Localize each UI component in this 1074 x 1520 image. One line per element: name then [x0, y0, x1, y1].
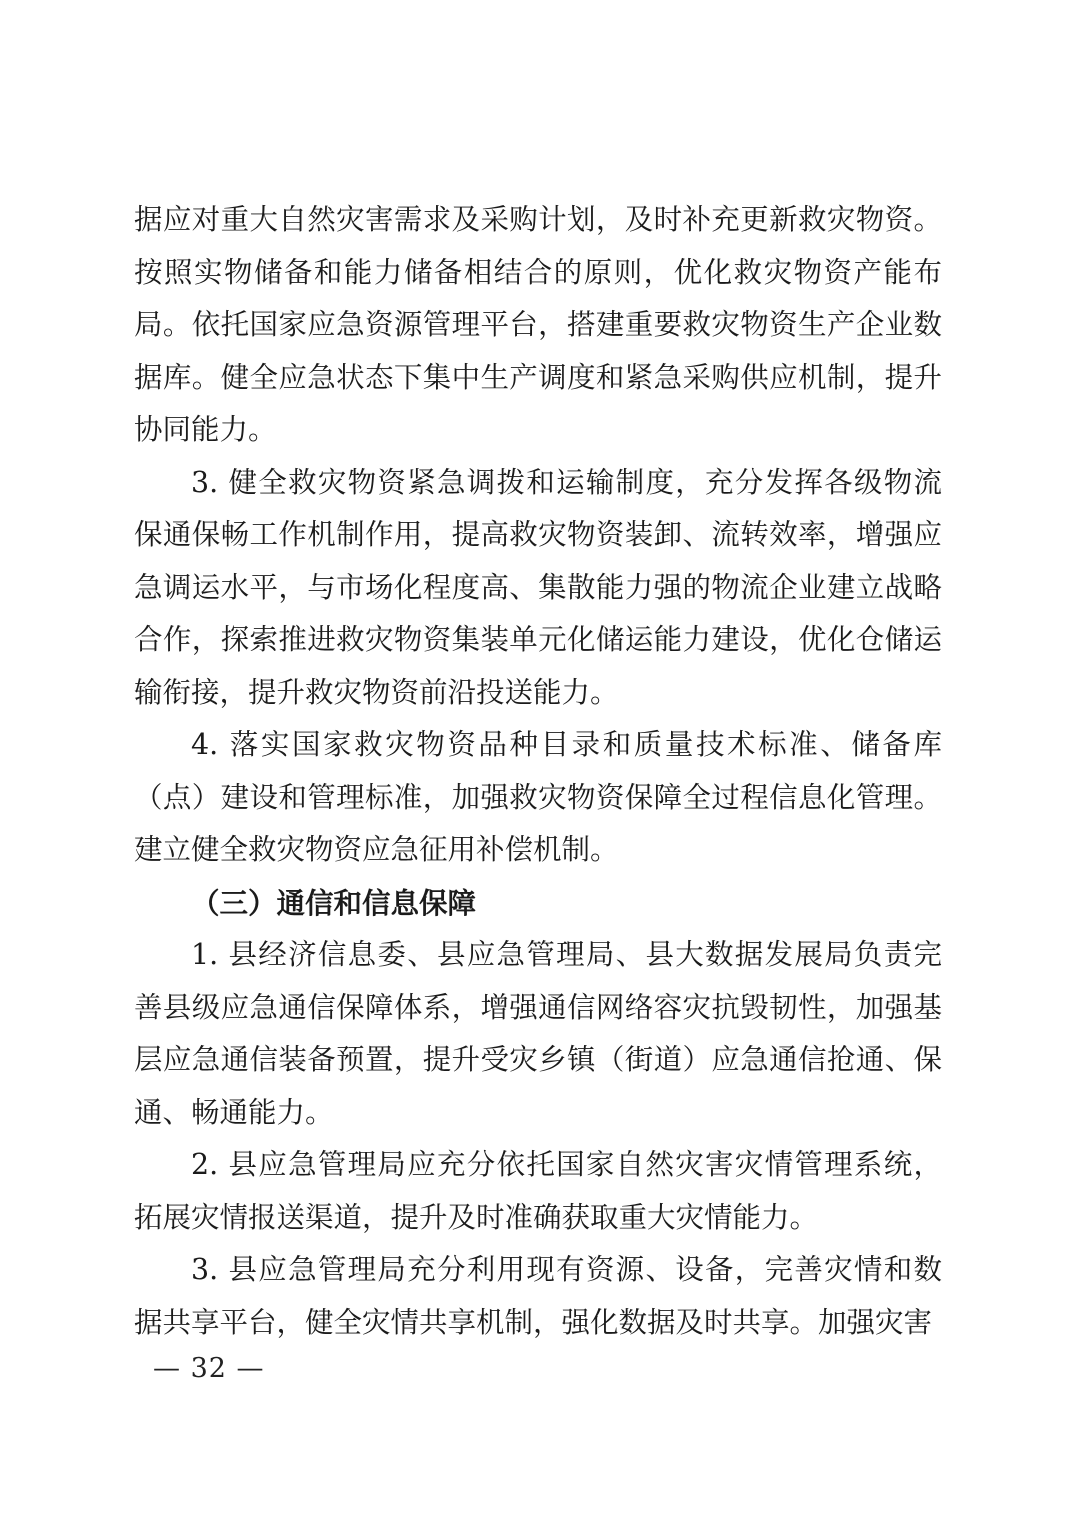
para-continued-from-previous-page: 据应对重大自然灾害需求及采购计划，及时补充更新救灾物资。按照实物储备和能力储备相…	[134, 194, 942, 457]
text-line: 拓展灾情报送渠道，提升及时准确获取重大灾情能力。	[134, 1192, 942, 1245]
para-item-3-materials: 3. 健全救灾物资紧急调拨和运输制度，充分发挥各级物流保通保畅工作机制作用，提高…	[134, 457, 942, 720]
text-line: 据库。健全应急状态下集中生产调度和紧急采购供应机制，提升	[134, 352, 942, 405]
text-line: 局。依托国家应急资源管理平台，搭建重要救灾物资生产企业数	[134, 299, 942, 352]
page-number: — 32 —	[153, 1352, 265, 1386]
text-line: 保通保畅工作机制作用，提高救灾物资装卸、流转效率，增强应	[134, 509, 942, 562]
text-line: （点）建设和管理标准，加强救灾物资保障全过程信息化管理。	[134, 772, 942, 825]
text-line: 协同能力。	[134, 404, 942, 457]
text-line: 善县级应急通信保障体系，增强通信网络容灾抗毁韧性，加强基	[134, 982, 942, 1035]
text-line: 通、畅通能力。	[134, 1087, 942, 1140]
text-line: 合作，探索推进救灾物资集装单元化储运能力建设，优化仓储运	[134, 614, 942, 667]
text-line: 3. 健全救灾物资紧急调拨和运输制度，充分发挥各级物流	[134, 457, 942, 510]
text-line: 据共享平台，健全灾情共享机制，强化数据及时共享。加强灾害	[134, 1297, 942, 1350]
text-line: 据应对重大自然灾害需求及采购计划，及时补充更新救灾物资。	[134, 194, 942, 247]
para-item-3-communication: 3. 县应急管理局充分利用现有资源、设备，完善灾情和数据共享平台，健全灾情共享机…	[134, 1244, 942, 1349]
text-line: 3. 县应急管理局充分利用现有资源、设备，完善灾情和数	[134, 1244, 942, 1297]
text-line: （三）通信和信息保障	[134, 877, 942, 930]
text-line: 2. 县应急管理局应充分依托国家自然灾害灾情管理系统，	[134, 1139, 942, 1192]
text-line: 1. 县经济信息委、县应急管理局、县大数据发展局负责完	[134, 929, 942, 982]
text-line: 建立健全救灾物资应急征用补偿机制。	[134, 824, 942, 877]
document-body: 据应对重大自然灾害需求及采购计划，及时补充更新救灾物资。按照实物储备和能力储备相…	[134, 194, 942, 1349]
para-item-4-materials: 4. 落实国家救灾物资品种目录和质量技术标准、储备库（点）建设和管理标准，加强救…	[134, 719, 942, 877]
document-page: 据应对重大自然灾害需求及采购计划，及时补充更新救灾物资。按照实物储备和能力储备相…	[0, 0, 1074, 1520]
para-item-1-communication: 1. 县经济信息委、县应急管理局、县大数据发展局负责完善县级应急通信保障体系，增…	[134, 929, 942, 1139]
text-line: 急调运水平，与市场化程度高、集散能力强的物流企业建立战略	[134, 562, 942, 615]
text-line: 输衔接，提升救灾物资前沿投送能力。	[134, 667, 942, 720]
text-line: 按照实物储备和能力储备相结合的原则，优化救灾物资产能布	[134, 247, 942, 300]
text-line: 层应急通信装备预置，提升受灾乡镇（街道）应急通信抢通、保	[134, 1034, 942, 1087]
text-line: 4. 落实国家救灾物资品种目录和质量技术标准、储备库	[134, 719, 942, 772]
para-item-2-communication: 2. 县应急管理局应充分依托国家自然灾害灾情管理系统，拓展灾情报送渠道，提升及时…	[134, 1139, 942, 1244]
section-heading-3-communication: （三）通信和信息保障	[134, 877, 942, 930]
